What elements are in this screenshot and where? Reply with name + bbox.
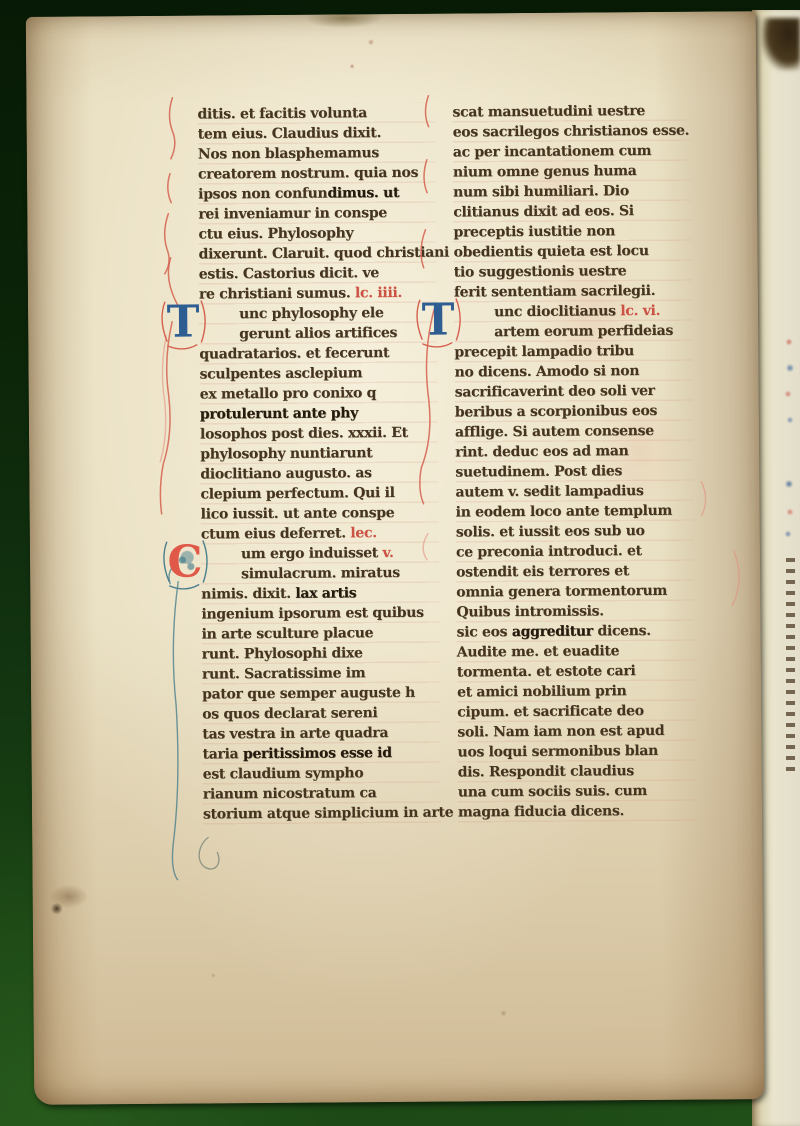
text-line: runt. Phylosophi dixe [202, 643, 440, 665]
text-line: afflige. Si autem consense [455, 421, 693, 443]
text-line: sacrificaverint deo soli ver [455, 381, 693, 403]
text-line: estis. Castorius dicit. ve [199, 263, 437, 285]
text-column-left: ditis. et facitis voluntatem eius. Claud… [197, 103, 441, 827]
text-line: unc phylosophy ele [199, 303, 437, 325]
text-line: tormenta. et estote cari [457, 661, 695, 683]
manuscript-page: ditis. et facitis voluntatem eius. Claud… [26, 11, 765, 1105]
text-line: scat mansuetudini uestre [452, 101, 690, 123]
text-line: autem v. sedit lampadius [455, 481, 693, 503]
text-line: eos sacrilegos christianos esse. [453, 121, 691, 143]
text-line: suetudinem. Post dies [455, 461, 693, 483]
text-line: runt. Sacratissime im [202, 663, 440, 685]
text-line: beribus a scorpionibus eos [455, 401, 693, 423]
text-line: dis. Respondit claudius [458, 761, 696, 783]
rubric-text: lc. iiii. [355, 285, 402, 301]
text-line: no dicens. Amodo si non [454, 361, 692, 383]
text-line: ferit sententiam sacrilegii. [454, 281, 692, 303]
text-line: storium atque simplicium in arte [203, 803, 441, 825]
text-line: clepium perfectum. Qui il [200, 483, 438, 505]
illuminated-initial: T [418, 299, 458, 343]
text-line: in eodem loco ante templum [456, 501, 694, 523]
text-line: et amici nobilium prin [457, 681, 695, 703]
text-line: est claudium sympho [203, 763, 441, 785]
text-line: losophos post dies. xxxii. Et [200, 423, 438, 445]
text-line: omnia genera tormentorum [456, 581, 694, 603]
text-line: dioclitiano augusto. as [200, 463, 438, 485]
text-line: artem eorum perfideias [454, 321, 692, 343]
text-line: phylosophy nuntiarunt [200, 443, 438, 465]
text-line: in arte sculture placue [202, 623, 440, 645]
text-line: solis. et iussit eos sub uo [456, 521, 694, 543]
text-line: gerunt alios artifices [199, 323, 437, 345]
text-line: num sibi humiliari. Dio [453, 181, 691, 203]
text-line: Quibus intromissis. [456, 601, 694, 623]
text-line: clitianus dixit ad eos. Si [453, 201, 691, 223]
next-page-text-glimpse [786, 558, 795, 772]
text-line: ostendit eis terrores et [456, 561, 694, 583]
text-line: precepit lampadio tribu [454, 341, 692, 363]
text-line: quadratarios. et fecerunt [199, 343, 437, 365]
binding-shadow [762, 18, 800, 70]
rubric-text: v. [382, 545, 393, 561]
text-line: Nos non blasphemamus [198, 143, 436, 165]
rubric-text: lec. [350, 525, 377, 541]
text-line: protulerunt ante phy [200, 403, 438, 425]
text-line: taria peritissimos esse id [202, 743, 440, 765]
text-line: cipum. et sacrificate deo [457, 701, 695, 723]
text-line: os quos declarat sereni [202, 703, 440, 725]
text-line: sculpentes asclepium [199, 363, 437, 385]
text-line: dixerunt. Claruit. quod christiani [199, 243, 437, 265]
manuscript-photo: ditis. et facitis voluntatem eius. Claud… [0, 0, 800, 1126]
text-line: ce preconia introduci. et [456, 541, 694, 563]
text-line: ctum eius deferret. lec. [201, 523, 439, 545]
emphasised-text: protulerunt ante phy [200, 405, 358, 422]
text-line: ctu eius. Phylosophy [198, 223, 436, 245]
text-line: rianum nicostratum ca [203, 783, 441, 805]
text-line: ipsos non confundimus. ut [198, 183, 436, 205]
emphasised-text: aggreditur [512, 623, 593, 640]
text-line: preceptis iustitie non [453, 221, 691, 243]
text-line: tio suggestionis uestre [454, 261, 692, 283]
text-line: sic eos aggreditur dicens. [457, 621, 695, 643]
rubric-text: lc. vi. [620, 303, 660, 319]
text-line: tas vestra in arte quadra [202, 723, 440, 745]
text-line: ingenium ipsorum est quibus [201, 603, 439, 625]
text-line: ex metallo pro conixo q [200, 383, 438, 405]
illuminated-initial: T [163, 302, 203, 346]
text-line: uos loqui sermonibus blan [457, 741, 695, 763]
text-line: pator que semper auguste h [202, 683, 440, 705]
text-line: creatorem nostrum. quia nos [198, 163, 436, 185]
text-line: soli. Nam iam non est apud [457, 721, 695, 743]
text-line: tem eius. Claudius dixit. [198, 123, 436, 145]
text-line: lico iussit. ut ante conspe [201, 503, 439, 525]
text-line: re christiani sumus. lc. iiii. [199, 283, 437, 305]
text-line: nium omne genus huma [453, 161, 691, 183]
text-column-right: scat mansuetudini uestreeos sacrilegos c… [452, 101, 696, 825]
illuminated-initial: C [165, 541, 205, 585]
text-line: nimis. dixit. lax artis [201, 583, 439, 605]
text-line: simulacrum. miratus [201, 563, 439, 585]
emphasised-text: lax artis [295, 585, 356, 601]
next-page-initial-glimpse [782, 328, 796, 440]
text-line: magna fiducia dicens. [458, 801, 696, 823]
text-line: ditis. et facitis volunta [197, 103, 435, 125]
text-line: ac per incantationem cum [453, 141, 691, 163]
text-line: unc dioclitianus lc. vi. [454, 301, 692, 323]
text-line: una cum sociis suis. cum [458, 781, 696, 803]
next-page-initial-glimpse [782, 468, 796, 546]
text-line: rei inveniamur in conspe [198, 203, 436, 225]
text-line: rint. deduc eos ad man [455, 441, 693, 463]
emphasised-text: dimus. ut [327, 185, 399, 202]
text-line: obedientis quieta est locu [454, 241, 692, 263]
text-line: um ergo induisset v. [201, 543, 439, 565]
emphasised-text: peritissimos esse id [243, 745, 392, 762]
text-line: Audite me. et euadite [457, 641, 695, 663]
